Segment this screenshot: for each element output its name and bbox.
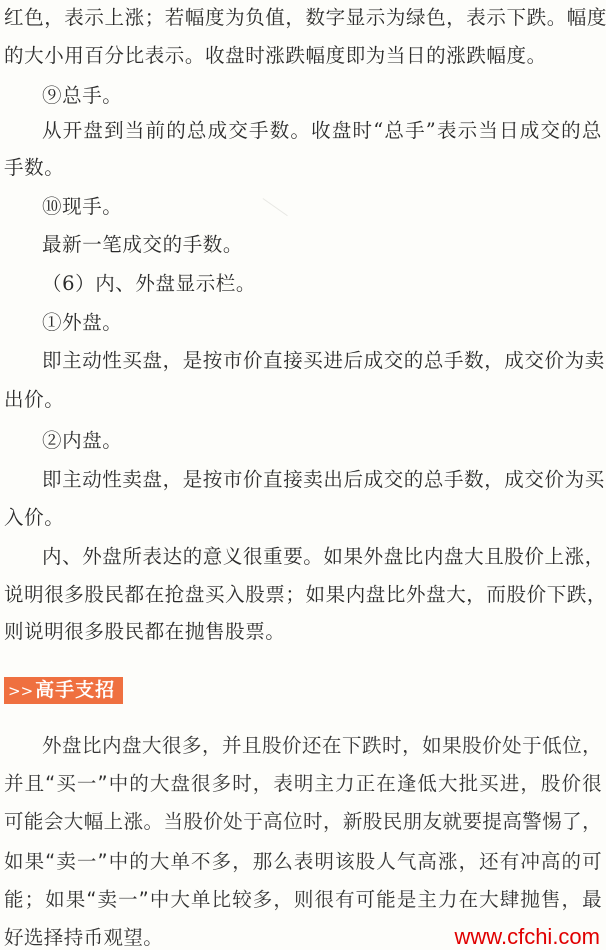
section-heading: （6）内、外盘显示栏。 xyxy=(4,272,602,296)
body-line: 红色，表示上涨；若幅度为负值，数字显示为绿色，表示下跌。幅度 xyxy=(4,6,602,30)
body-line: 最新一笔成交的手数。 xyxy=(4,233,602,257)
tip-line: 外盘比内盘大很多，并且股价还在下跌时，如果股价处于低位， xyxy=(4,734,602,758)
body-line: 即主动性卖盘，是按市价直接卖出后成交的总手数，成交价为买 xyxy=(4,468,602,492)
list-item-heading: ②内盘。 xyxy=(4,429,602,453)
book-page: 红色，表示上涨；若幅度为负值，数字显示为绿色，表示下跌。幅度 的大小用百分比表示… xyxy=(0,0,606,950)
list-item-heading: ⑩现手。 xyxy=(4,195,602,219)
watermark-text: www.cfchi.com xyxy=(455,925,600,949)
tip-heading-badge: >>高手支招 xyxy=(4,677,123,704)
body-line: 出价。 xyxy=(4,388,602,412)
body-line: 的大小用百分比表示。收盘时涨跌幅度即为当日的涨跌幅度。 xyxy=(4,44,602,68)
body-line: 手数。 xyxy=(4,156,602,180)
list-item-heading: ⑨总手。 xyxy=(4,84,602,108)
tip-line: 可能会大幅上涨。当股价处于高位时，新股民朋友就要提高警惕了， xyxy=(4,810,602,834)
tip-line: 能；如果“卖一”中大单比较多，则很有可能是主力在大肆抛售，最 xyxy=(4,888,602,912)
double-chevron-icon: >> xyxy=(8,682,33,700)
body-line: 内、外盘所表达的意义很重要。如果外盘比内盘大且股价上涨， xyxy=(4,545,602,569)
tip-heading-label: 高手支招 xyxy=(35,679,115,701)
tip-line: 如果“卖一”中的大单不多，那么表明该股人气高涨，还有冲高的可 xyxy=(4,850,602,874)
body-line: 则说明很多股民都在抛售股票。 xyxy=(4,620,602,644)
body-line: 入价。 xyxy=(4,506,602,530)
tip-line: 并且“买一”中的大盘很多时，表明主力正在逢低大批买进，股价很 xyxy=(4,772,602,796)
body-line: 说明很多股民都在抢盘买入股票；如果内盘比外盘大，而股价下跌， xyxy=(4,583,602,607)
body-line: 从开盘到当前的总成交手数。收盘时“总手”表示当日成交的总 xyxy=(4,119,602,143)
list-item-heading: ①外盘。 xyxy=(4,311,602,335)
body-line: 即主动性买盘，是按市价直接买进后成交的总手数，成交价为卖 xyxy=(4,349,602,373)
